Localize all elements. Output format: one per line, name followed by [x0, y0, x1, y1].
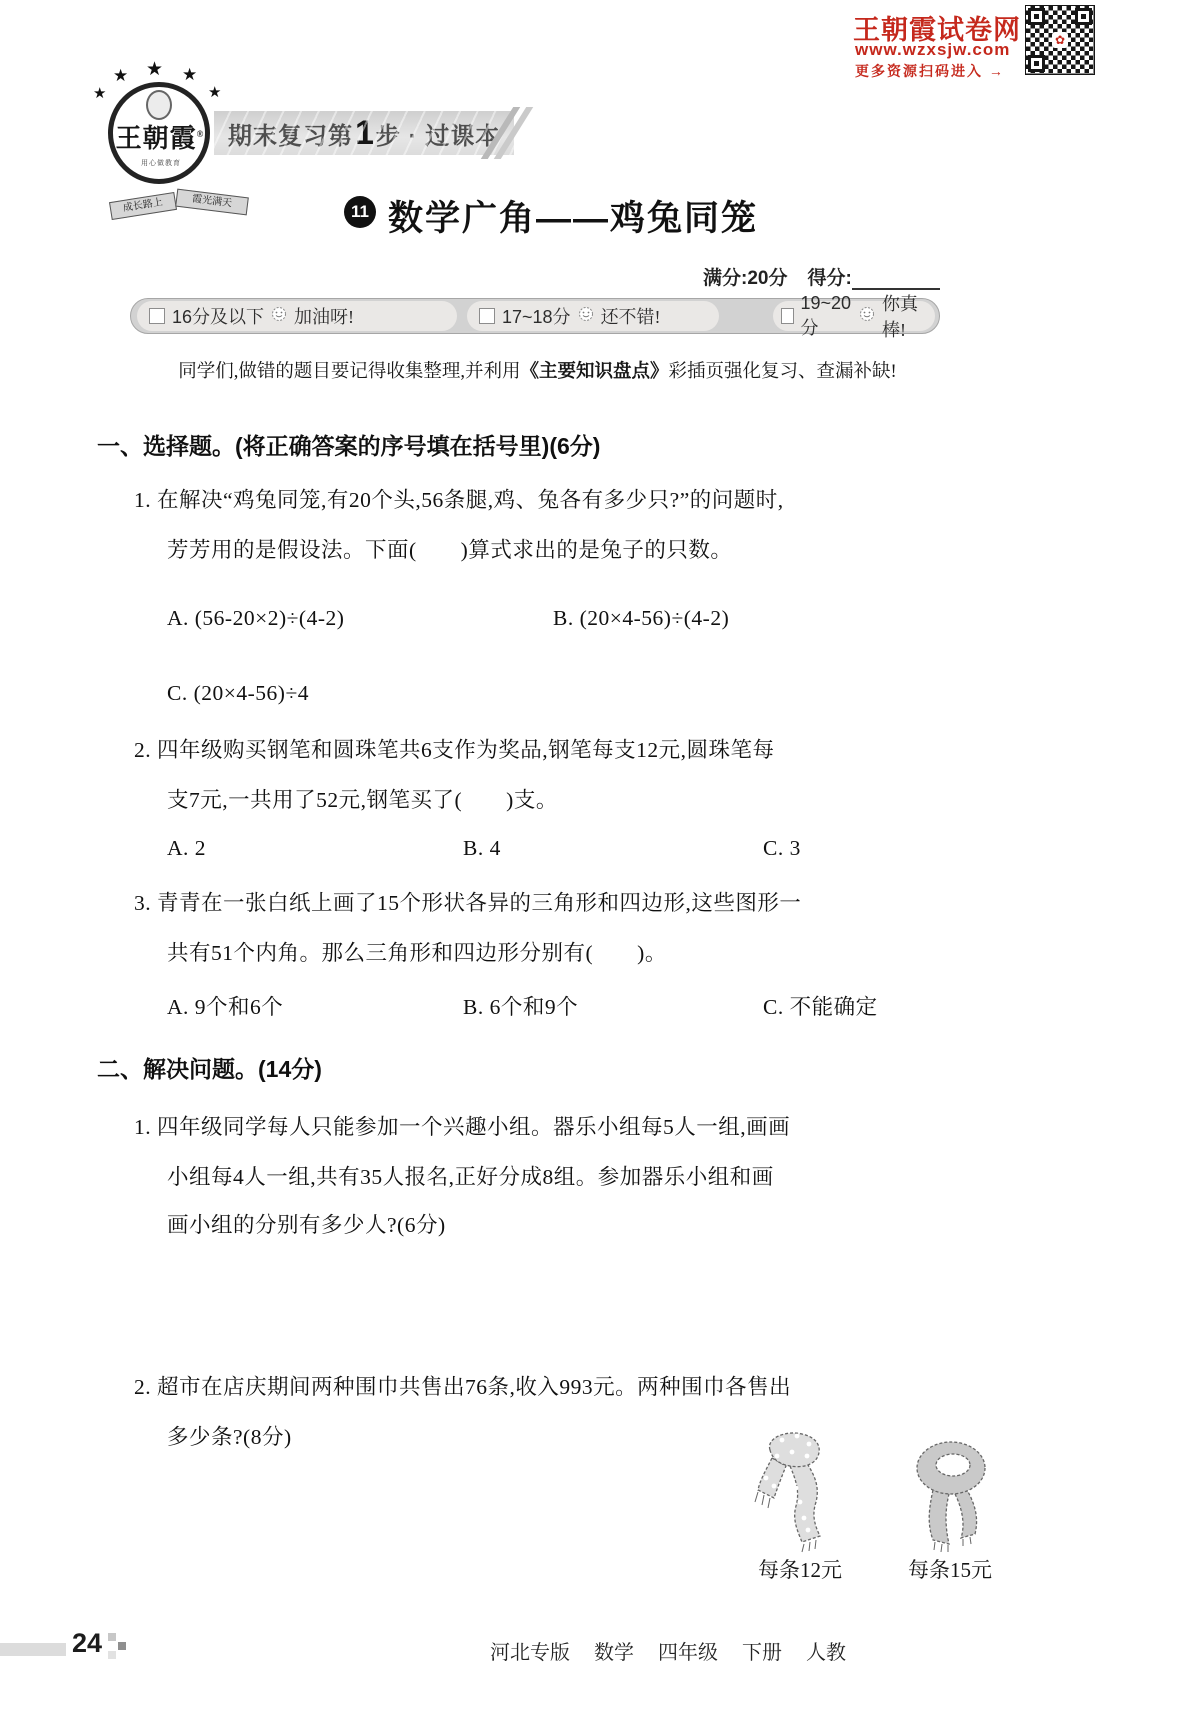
option-a: A. 9个和6个	[167, 990, 283, 1021]
option-c: C. (20×4-56)÷4	[167, 681, 309, 706]
author-portrait	[146, 90, 172, 120]
scarf-dotted-image	[752, 1428, 847, 1558]
star-icon: ★	[93, 86, 106, 101]
footer-volume: 下册	[742, 1636, 782, 1665]
option-a: A. 2	[167, 836, 206, 861]
smiley-icon	[859, 306, 875, 327]
option-b: B. (20×4-56)÷(4-2)	[553, 606, 729, 631]
qr-finder-icon	[1075, 8, 1092, 25]
qr-code: ✿	[1026, 6, 1094, 74]
score-remark: 你真棒!	[882, 290, 927, 342]
score-range-label: 19~20分	[801, 293, 852, 340]
page-title: 数学广角——鸡兔同笼	[388, 191, 758, 241]
footer-edition: 河北专版	[490, 1636, 570, 1665]
question-text: 2. 四年级购买钢笔和圆珠笔共6支作为奖品,钢笔每支12元,圆珠笔每	[134, 733, 775, 764]
score-range-label: 17~18分	[502, 303, 571, 329]
score-checkbox[interactable]	[781, 308, 794, 324]
star-icon: ★	[182, 67, 197, 84]
footer-square-decoration	[108, 1633, 116, 1641]
logo-ribbon-left: 成长路上	[109, 192, 177, 220]
question-text: 多少条?(8分)	[167, 1420, 292, 1451]
footer-grade: 四年级	[658, 1636, 718, 1665]
note-text: 同学们,做错的题目要记得收集整理,并利用	[178, 362, 520, 382]
score-band-segment: 17~18分 还不错!	[467, 301, 719, 331]
note-emphasis: 《主要知识盘点》	[521, 360, 669, 381]
star-icon: ★	[208, 85, 221, 100]
smiley-icon	[271, 306, 287, 327]
score-band-segment: 19~20分 你真棒!	[773, 301, 935, 331]
footer-square-decoration	[118, 1642, 126, 1650]
option-b: B. 4	[463, 836, 501, 861]
question-text: 共有51个内角。那么三角形和四边形分别有( )。	[167, 936, 667, 967]
question-text: 支7元,一共用了52元,钢笔买了( )支。	[167, 783, 558, 814]
brand-tagline: 更多资源扫码进入 →	[855, 61, 1005, 81]
note-text: 彩插页强化复习、查漏补缺!	[669, 362, 897, 382]
step-banner: 期末复习第 1 步 · 过课本	[214, 111, 514, 155]
qr-finder-icon	[1028, 55, 1045, 72]
section2-heading: 二、解决问题。(14分)	[97, 1051, 322, 1084]
question-text: 画小组的分别有多少人?(6分)	[167, 1208, 446, 1239]
star-icon: ★	[113, 68, 128, 85]
brand-logo-subtext: 用心做教育	[118, 158, 204, 168]
score-band: 16分及以下 加油呀! 17~18分 还不错! 19~20分 你真棒!	[130, 298, 940, 334]
option-a: A. (56-20×2)÷(4-2)	[167, 606, 344, 631]
banner-text: 期末复习第	[228, 116, 353, 151]
footer-square-decoration	[108, 1651, 116, 1659]
question-text: 2. 超市在店庆期间两种围巾共售出76条,收入993元。两种围巾各售出	[134, 1370, 791, 1401]
page-number: 24	[72, 1628, 102, 1659]
score-band-segment: 16分及以下 加油呀!	[137, 301, 457, 331]
scarf2-price-label: 每条15元	[865, 1554, 1035, 1584]
score-checkbox[interactable]	[149, 308, 165, 324]
scarf-plain-image	[905, 1438, 997, 1558]
footer-strip	[0, 1643, 66, 1656]
option-c: C. 不能确定	[763, 990, 878, 1021]
score-checkbox[interactable]	[479, 308, 495, 324]
full-score-label: 满分:20分	[703, 263, 787, 290]
banner-step-number: 1	[355, 114, 374, 153]
option-b: B. 6个和9个	[463, 990, 578, 1021]
worksheet-page: 王朝霞试卷网 www.wzxsjw.com 更多资源扫码进入 → ✿ ★ ★ ★…	[0, 0, 1181, 1730]
section1-heading: 一、选择题。(将正确答案的序号填在括号里)(6分)	[97, 428, 600, 461]
option-c: C. 3	[763, 836, 801, 861]
score-range-label: 16分及以下	[172, 303, 264, 329]
score-remark: 加油呀!	[294, 303, 354, 329]
footer-subject: 数学	[594, 1636, 634, 1665]
score-label: 得分:	[807, 263, 851, 290]
footer-publisher: 人教	[806, 1636, 846, 1665]
smiley-icon	[578, 306, 594, 327]
score-line: 满分:20分 得分:	[703, 263, 940, 290]
score-remark: 还不错!	[601, 303, 661, 329]
banner-slash-decoration	[497, 107, 527, 159]
brand-site-url: www.wzxsjw.com	[855, 40, 1010, 60]
question-text: 1. 四年级同学每人只能参加一个兴趣小组。器乐小组每5人一组,画画	[134, 1110, 790, 1141]
score-blank-field[interactable]	[852, 268, 940, 290]
logo-ribbon-right: 霞光满天	[175, 189, 249, 216]
question-text: 3. 青青在一张白纸上画了15个形状各异的三角形和四边形,这些图形一	[134, 886, 801, 917]
brand-logo-name: 王朝霞®	[112, 118, 208, 155]
question-text: 芳芳用的是假设法。下面( )算式求出的是兔子的只数。	[167, 533, 732, 564]
qr-finder-icon	[1028, 8, 1045, 25]
question-text: 1. 在解决“鸡兔同笼,有20个头,56条腿,鸡、兔各有多少只?”的问题时,	[134, 483, 784, 514]
star-icon: ★	[146, 60, 163, 79]
scarf1-price-label: 每条12元	[715, 1554, 885, 1584]
qr-logo-icon: ✿	[1052, 32, 1068, 48]
question-text: 小组每4人一组,共有35人报名,正好分成8组。参加器乐小组和画	[167, 1160, 774, 1191]
registered-mark: ®	[197, 129, 205, 139]
review-note: 同学们,做错的题目要记得收集整理,并利用《主要知识盘点》彩插页强化复习、查漏补缺…	[130, 357, 945, 383]
lesson-number-badge: 11	[344, 196, 376, 228]
footer-edition-info: 河北专版 数学 四年级 下册 人教	[490, 1636, 846, 1665]
banner-text: 步 · 过课本	[376, 116, 500, 151]
